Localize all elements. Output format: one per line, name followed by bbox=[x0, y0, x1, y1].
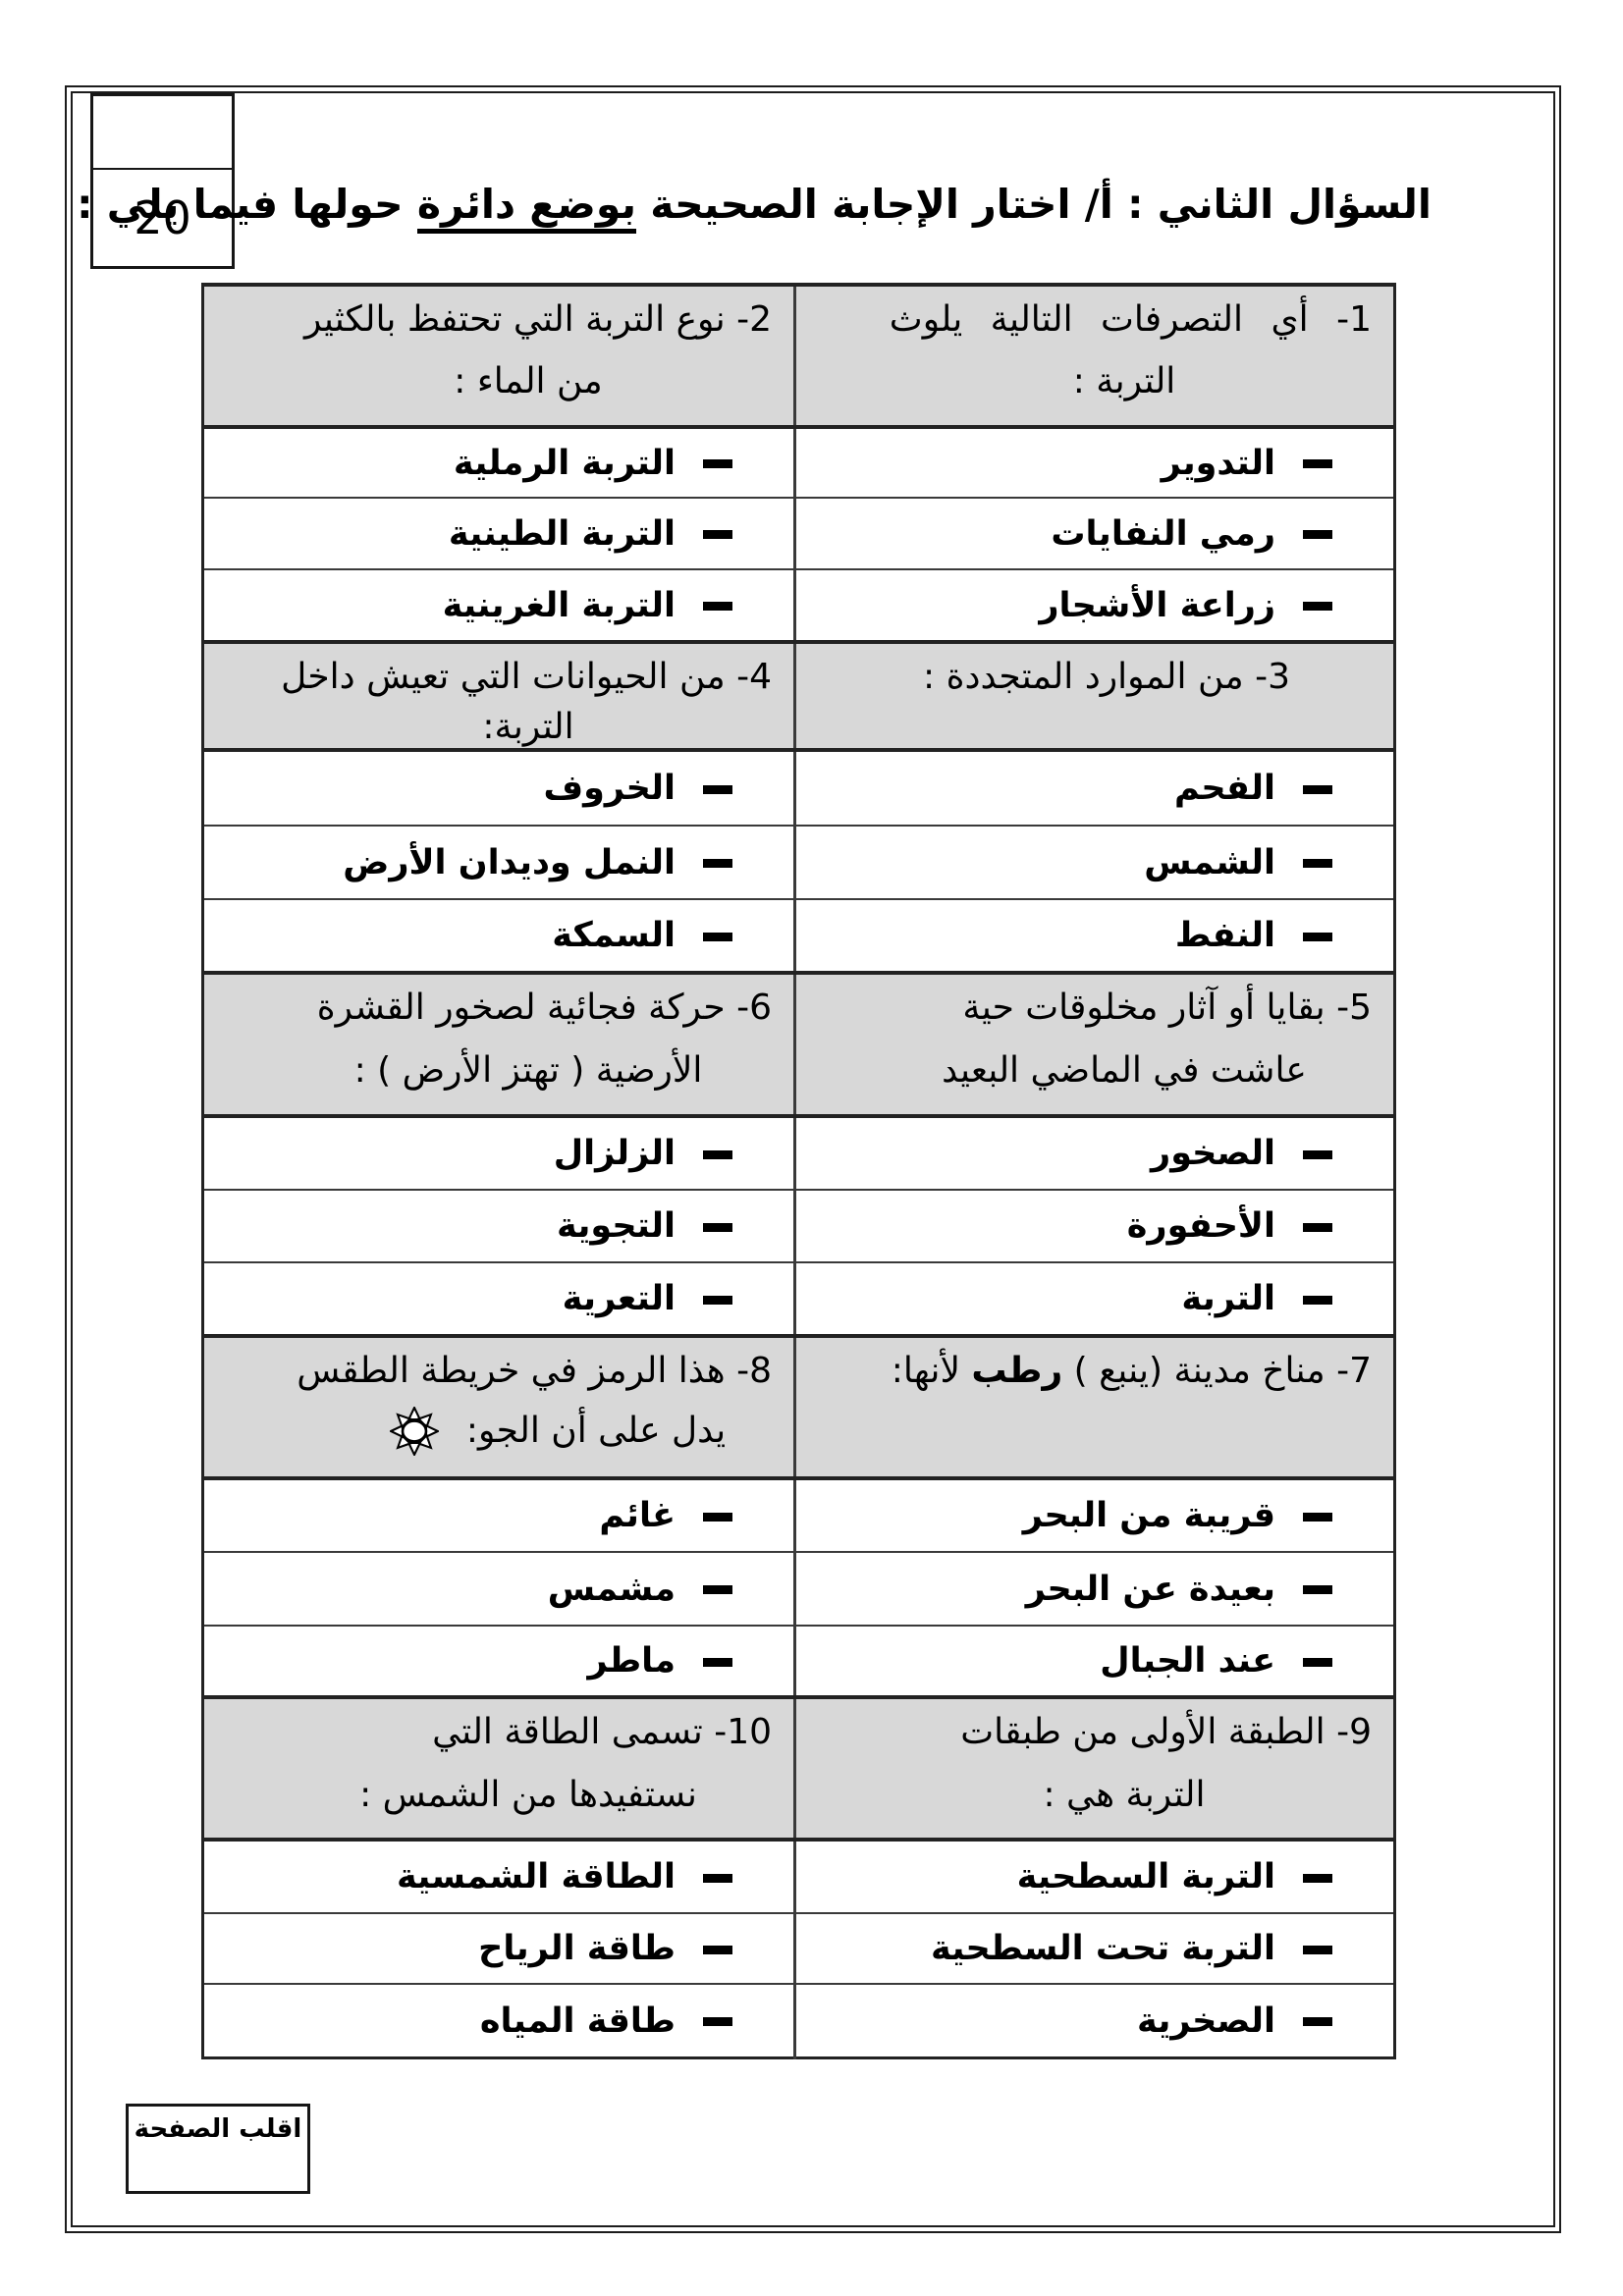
option-row: الصخرية طاقة المياه bbox=[203, 1984, 1395, 2057]
q9-line1: 9- الطبقة الأولى من طبقات bbox=[796, 1711, 1393, 1753]
header-cell-q5: 5- بقايا أو آثار مخلوقات حية عاشت في الم… bbox=[795, 973, 1395, 1116]
option-q2-b: التربة الطينية bbox=[203, 498, 795, 569]
option-dash bbox=[1303, 1513, 1332, 1522]
option-q4-c: السمكة bbox=[203, 899, 795, 973]
option-row: التدوير التربة الرملية bbox=[203, 427, 1395, 498]
option-dash bbox=[703, 1658, 732, 1667]
q2-line1: 2- نوع التربة التي تحتفظ بالكثير bbox=[204, 298, 793, 341]
q8-line2: يدل على أن الجو: bbox=[204, 1407, 793, 1456]
option-label: التجوية bbox=[557, 1206, 676, 1246]
option-dash bbox=[1303, 1585, 1332, 1594]
option-label: التدوير bbox=[1162, 444, 1275, 483]
option-label: التربة bbox=[1181, 1279, 1275, 1318]
option-label: ماطر bbox=[587, 1641, 676, 1681]
option-q5-a: الصخور bbox=[795, 1116, 1395, 1190]
header-cell-q3: 3- من الموارد المتجددة : bbox=[795, 642, 1395, 750]
option-label: الخروف bbox=[543, 769, 676, 808]
option-dash bbox=[1303, 459, 1332, 468]
option-dash bbox=[703, 1946, 732, 1954]
option-q6-a: الزلزال bbox=[203, 1116, 795, 1190]
header-cell-q10: 10- تسمى الطاقة التي نستفيدها من الشمس : bbox=[203, 1697, 795, 1840]
option-label: الأحفورة bbox=[1127, 1206, 1275, 1246]
option-q4-b: النمل وديدان الأرض bbox=[203, 826, 795, 899]
option-row: رمي النفايات التربة الطينية bbox=[203, 498, 1395, 569]
turn-page-box: اقلب الصفحة bbox=[126, 2104, 310, 2194]
option-q7-a: قريبة من البحر bbox=[795, 1478, 1395, 1552]
q9-line2: التربة هي : bbox=[796, 1774, 1393, 1816]
header-cell-q7: 7- مناخ مدينة (ينبع ) رطب لأنها: bbox=[795, 1336, 1395, 1478]
q5-line1: 5- بقايا أو آثار مخلوقات حية bbox=[796, 987, 1393, 1029]
option-label: الصخور bbox=[1151, 1134, 1275, 1173]
option-dash bbox=[703, 602, 732, 611]
q4-line2: التربة: bbox=[204, 706, 793, 748]
option-row: الفحم الخروف bbox=[203, 750, 1395, 826]
option-label: غائم bbox=[599, 1496, 676, 1535]
option-q4-a: الخروف bbox=[203, 750, 795, 826]
q1-line2: التربة : bbox=[796, 360, 1393, 402]
option-dash bbox=[703, 1874, 732, 1883]
q6-line2: الأرضية ( تهتز الأرض ) : bbox=[204, 1049, 793, 1092]
header-cell-q4: 4- من الحيوانات التي تعيش داخل التربة: bbox=[203, 642, 795, 750]
option-q8-a: غائم bbox=[203, 1478, 795, 1552]
header-cell-q6: 6- حركة فجائية لصخور القشرة الأرضية ( ته… bbox=[203, 973, 795, 1116]
header-row-q1-q2: 1- أي التصرفات التالية يلوث التربة : 2- … bbox=[203, 285, 1395, 427]
option-label: الفحم bbox=[1174, 769, 1275, 808]
header-row-q7-q8: 7- مناخ مدينة (ينبع ) رطب لأنها: 8- هذا … bbox=[203, 1336, 1395, 1478]
q5-line2: عاشت في الماضي البعيد bbox=[796, 1049, 1393, 1092]
option-row: قريبة من البحر غائم bbox=[203, 1478, 1395, 1552]
option-row: الصخور الزلزال bbox=[203, 1116, 1395, 1190]
option-dash bbox=[1303, 933, 1332, 941]
header-cell-q2: 2- نوع التربة التي تحتفظ بالكثير من الما… bbox=[203, 285, 795, 427]
q7-text-post: لأنها: bbox=[892, 1351, 972, 1391]
option-q3-c: النفط bbox=[795, 899, 1395, 973]
q10-line2: نستفيدها من الشمس : bbox=[204, 1774, 793, 1816]
option-row: التربة السطحية الطاقة الشمسية bbox=[203, 1840, 1395, 1913]
option-q10-c: طاقة المياه bbox=[203, 1984, 795, 2057]
option-row: الأحفورة التجوية bbox=[203, 1190, 1395, 1262]
option-q10-a: الطاقة الشمسية bbox=[203, 1840, 795, 1913]
option-dash bbox=[1303, 1296, 1332, 1305]
option-q7-b: بعيدة عن البحر bbox=[795, 1552, 1395, 1626]
option-label: السمكة bbox=[552, 916, 676, 955]
option-dash bbox=[1303, 2017, 1332, 2026]
option-dash bbox=[1303, 785, 1332, 794]
turn-page-label: اقلب الصفحة bbox=[135, 2114, 302, 2144]
q3-line1: 3- من الموارد المتجددة : bbox=[796, 656, 1393, 698]
title-underlined: بوضع دائرة bbox=[417, 181, 636, 234]
option-label: النمل وديدان الأرض bbox=[343, 843, 676, 882]
questions-table: 1- أي التصرفات التالية يلوث التربة : 2- … bbox=[201, 283, 1396, 2059]
option-label: رمي النفايات bbox=[1051, 514, 1275, 554]
option-row: عند الجبال ماطر bbox=[203, 1626, 1395, 1697]
title-pre: السؤال الثاني : أ/ اختار الإجابة الصحيحة bbox=[636, 181, 1432, 228]
option-label: قريبة من البحر bbox=[1023, 1496, 1275, 1535]
option-q3-a: الفحم bbox=[795, 750, 1395, 826]
option-row: التربة التعرية bbox=[203, 1262, 1395, 1336]
option-dash bbox=[703, 785, 732, 794]
option-q6-c: التعرية bbox=[203, 1262, 795, 1336]
option-q9-a: التربة السطحية bbox=[795, 1840, 1395, 1913]
option-dash bbox=[703, 530, 732, 539]
q2-line2: من الماء : bbox=[204, 360, 793, 402]
option-dash bbox=[703, 1223, 732, 1232]
option-label: الصخرية bbox=[1137, 2002, 1275, 2041]
option-q2-a: التربة الرملية bbox=[203, 427, 795, 498]
q8-line2-text: يدل على أن الجو: bbox=[466, 1410, 726, 1452]
option-q8-c: ماطر bbox=[203, 1626, 795, 1697]
option-q8-b: مشمس bbox=[203, 1552, 795, 1626]
option-dash bbox=[1303, 1658, 1332, 1667]
header-row-q3-q4: 3- من الموارد المتجددة : 4- من الحيوانات… bbox=[203, 642, 1395, 750]
option-dash bbox=[703, 2017, 732, 2026]
option-label: بعيدة عن البحر bbox=[1026, 1570, 1275, 1609]
option-dash bbox=[1303, 1150, 1332, 1159]
option-q3-b: الشمس bbox=[795, 826, 1395, 899]
option-dash bbox=[1303, 1946, 1332, 1954]
option-label: التعرية bbox=[563, 1279, 676, 1318]
option-row: النفط السمكة bbox=[203, 899, 1395, 973]
option-label: التربة الطينية bbox=[449, 514, 676, 554]
q6-line1: 6- حركة فجائية لصخور القشرة bbox=[204, 987, 793, 1029]
option-label: الشمس bbox=[1144, 843, 1275, 882]
option-dash bbox=[703, 859, 732, 868]
score-box-empty-cell bbox=[93, 96, 232, 170]
header-cell-q8: 8- هذا الرمز في خريطة الطقس يدل على أن ا… bbox=[203, 1336, 795, 1478]
option-q10-b: طاقة الرياح bbox=[203, 1913, 795, 1984]
option-label: طاقة الرياح bbox=[478, 1929, 676, 1968]
header-row-q9-q10: 9- الطبقة الأولى من طبقات التربة هي : 10… bbox=[203, 1697, 1395, 1840]
option-q9-b: التربة تحت السطحية bbox=[795, 1913, 1395, 1984]
q7-text-bold: رطب bbox=[971, 1351, 1062, 1391]
title-post: حولها فيما يلي : bbox=[77, 181, 417, 228]
exam-page: 20 السؤال الثاني : أ/ اختار الإجابة الصح… bbox=[0, 0, 1623, 2296]
page-title: السؤال الثاني : أ/ اختار الإجابة الصحيحة… bbox=[245, 179, 1432, 231]
option-label: النفط bbox=[1175, 916, 1275, 955]
option-q1-c: زراعة الأشجار bbox=[795, 569, 1395, 642]
option-dash bbox=[1303, 1223, 1332, 1232]
q1-line1: 1- أي التصرفات التالية يلوث bbox=[796, 298, 1393, 341]
header-cell-q9: 9- الطبقة الأولى من طبقات التربة هي : bbox=[795, 1697, 1395, 1840]
option-label: مشمس bbox=[548, 1570, 676, 1609]
option-q5-b: الأحفورة bbox=[795, 1190, 1395, 1262]
option-label: زراعة الأشجار bbox=[1039, 586, 1275, 625]
option-q6-b: التجوية bbox=[203, 1190, 795, 1262]
q7-line1: 7- مناخ مدينة (ينبع ) رطب لأنها: bbox=[796, 1350, 1393, 1392]
option-dash bbox=[703, 1585, 732, 1594]
option-q5-c: التربة bbox=[795, 1262, 1395, 1336]
option-q9-c: الصخرية bbox=[795, 1984, 1395, 2057]
option-row: التربة تحت السطحية طاقة الرياح bbox=[203, 1913, 1395, 1984]
option-dash bbox=[1303, 530, 1332, 539]
q4-line1: 4- من الحيوانات التي تعيش داخل bbox=[204, 656, 793, 698]
option-row: بعيدة عن البحر مشمس bbox=[203, 1552, 1395, 1626]
option-dash bbox=[703, 459, 732, 468]
option-row: زراعة الأشجار التربة الغرينية bbox=[203, 569, 1395, 642]
option-q1-a: التدوير bbox=[795, 427, 1395, 498]
option-label: التربة السطحية bbox=[1017, 1857, 1275, 1896]
option-label: الطاقة الشمسية bbox=[397, 1857, 676, 1896]
option-q7-c: عند الجبال bbox=[795, 1626, 1395, 1697]
header-row-q5-q6: 5- بقايا أو آثار مخلوقات حية عاشت في الم… bbox=[203, 973, 1395, 1116]
option-dash bbox=[1303, 859, 1332, 868]
option-label: عند الجبال bbox=[1100, 1641, 1275, 1681]
option-label: طاقة المياه bbox=[480, 2002, 676, 2041]
option-dash bbox=[703, 933, 732, 941]
option-q2-c: التربة الغرينية bbox=[203, 569, 795, 642]
option-label: التربة تحت السطحية bbox=[931, 1929, 1275, 1968]
option-q1-b: رمي النفايات bbox=[795, 498, 1395, 569]
q8-line1: 8- هذا الرمز في خريطة الطقس bbox=[204, 1350, 793, 1392]
option-dash bbox=[1303, 1874, 1332, 1883]
q7-text-pre: 7- مناخ مدينة (ينبع ) bbox=[1062, 1351, 1372, 1391]
option-row: الشمس النمل وديدان الأرض bbox=[203, 826, 1395, 899]
option-label: التربة الغرينية bbox=[443, 586, 676, 625]
option-dash bbox=[703, 1150, 732, 1159]
option-label: الزلزال bbox=[554, 1134, 676, 1173]
option-dash bbox=[703, 1296, 732, 1305]
q10-line1: 10- تسمى الطاقة التي bbox=[204, 1711, 793, 1753]
sun-icon bbox=[390, 1407, 439, 1456]
option-dash bbox=[703, 1513, 732, 1522]
header-cell-q1: 1- أي التصرفات التالية يلوث التربة : bbox=[795, 285, 1395, 427]
option-label: التربة الرملية bbox=[454, 444, 676, 483]
option-dash bbox=[1303, 602, 1332, 611]
